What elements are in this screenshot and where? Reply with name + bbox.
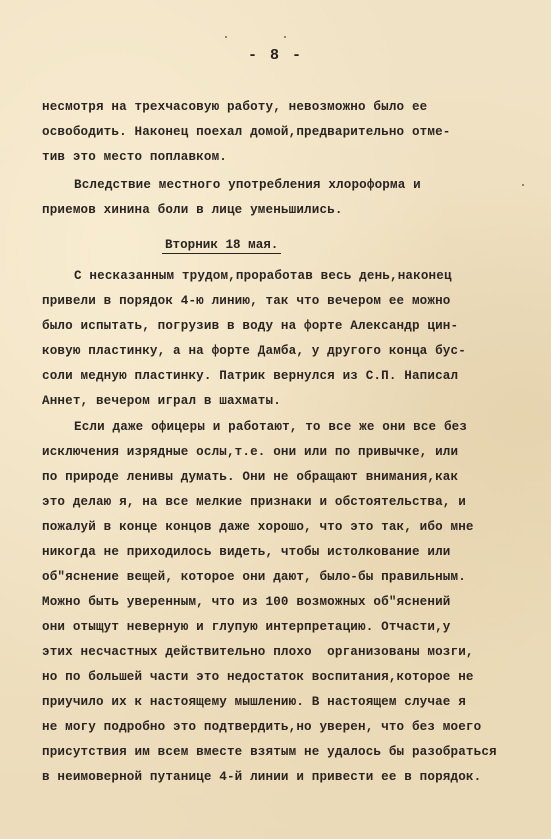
text-line: присутствия им всем вместе взятым не уда… <box>42 744 497 760</box>
text-line: никогда не приходилось видеть, чтобы ист… <box>42 544 451 560</box>
document-page: - 8 - несмотря на трехчасовую работу, не… <box>0 0 551 839</box>
text-line: по природе ленивы думать. Они не обращаю… <box>42 469 458 485</box>
text-line: об"яснение вещей, которое они дают, было… <box>42 569 466 585</box>
text-line: тив это место поплавком. <box>42 149 227 165</box>
text-line: привели в порядок 4-ю линию, так что веч… <box>42 293 451 309</box>
text-line: не могу подробно это подтвердить,но увер… <box>42 719 481 735</box>
text-line: Если даже офицеры и работают, то все же … <box>74 419 467 435</box>
text-line: несмотря на трехчасовую работу, невозмож… <box>42 99 427 115</box>
text-line: ковую пластинку, а на форте Дамба, у дру… <box>42 343 466 359</box>
text-line: в неимоверной путанице 4-й линии и приве… <box>42 769 481 785</box>
text-line: освободить. Наконец поехал домой,предвар… <box>42 124 451 140</box>
paper-speck <box>284 36 286 38</box>
text-line: Можно быть уверенным, что из 100 возможн… <box>42 594 451 610</box>
text-line: это делаю я, на все мелкие признаки и об… <box>42 494 466 510</box>
text-line: приучило их к настоящему мышлению. В нас… <box>42 694 466 710</box>
paper-speck <box>225 36 227 38</box>
text-line: пожалуй в конце концов даже хорошо, что … <box>42 519 474 535</box>
text-line: Аннет, вечером играл в шахматы. <box>42 393 281 409</box>
page-number: - 8 - <box>0 47 551 64</box>
text-line: Вследствие местного употребления хлорофо… <box>74 177 421 193</box>
text-line: но по большей части это недостаток воспи… <box>42 669 474 685</box>
text-line: было испытать, погрузив в воду на форте … <box>42 318 458 334</box>
paper-speck <box>522 184 524 186</box>
date-heading: Вторник 18 мая. <box>162 238 281 254</box>
text-line: исключения изрядные ослы,т.е. они или по… <box>42 444 458 460</box>
text-line: они отыщут неверную и глупую интерпретац… <box>42 619 451 635</box>
text-line: этих несчастных действительно плохо орга… <box>42 644 474 660</box>
text-line: С несказанным трудом,проработав весь ден… <box>74 268 452 284</box>
text-line: соли медную пластинку. Патрик вернулся и… <box>42 368 458 384</box>
text-line: приемов хинина боли в лице уменьшились. <box>42 202 343 218</box>
